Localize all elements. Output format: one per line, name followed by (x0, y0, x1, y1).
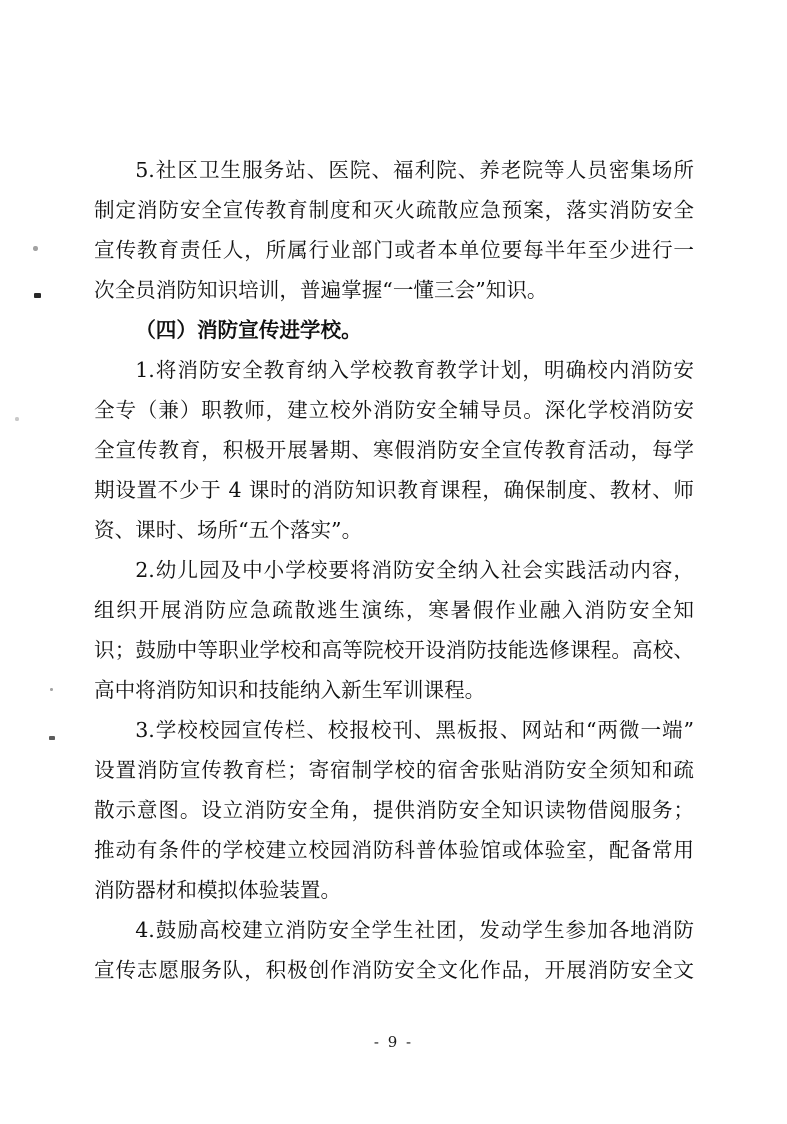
text-line: 1.将消防安全教育纳入学校教育教学计划，明确校内消防安 (94, 350, 694, 390)
body-paragraph: 4.鼓励高校建立消防安全学生社团，发动学生参加各地消防宣传志愿服务队，积极创作消… (94, 910, 694, 990)
body-paragraph: 3.学校校园宣传栏、校报校刊、黑板报、网站和“两微一端”设置消防宣传教育栏；寄宿… (94, 710, 694, 910)
text-line: 全宣传教育，积极开展暑期、寒假消防安全宣传教育活动，每学 (94, 430, 694, 470)
text-line: 组织开展消防应急疏散逃生演练，寒暑假作业融入消防安全知 (94, 590, 694, 630)
document-page: 5.社区卫生服务站、医院、福利院、养老院等人员密集场所制定消防安全宣传教育制度和… (0, 0, 787, 1124)
scan-speck (34, 293, 41, 298)
text-line: 期设置不少于 4 课时的消防知识教育课程，确保制度、教材、师 (94, 470, 694, 510)
scan-speck (50, 688, 53, 691)
body-paragraph: 1.将消防安全教育纳入学校教育教学计划，明确校内消防安全专（兼）职教师，建立校外… (94, 350, 694, 550)
scan-speck (49, 736, 55, 740)
scan-speck (15, 417, 19, 421)
body-paragraph: 2.幼儿园及中小学校要将消防安全纳入社会实践活动内容，组织开展消防应急疏散逃生演… (94, 550, 694, 710)
text-line: 识；鼓励中等职业学校和高等院校开设消防技能选修课程。高校、 (94, 630, 694, 670)
page-number: - 9 - (0, 1032, 787, 1052)
text-line: 宣传志愿服务队，积极创作消防安全文化作品，开展消防安全文 (94, 950, 694, 990)
text-line: 全专（兼）职教师，建立校外消防安全辅导员。深化学校消防安 (94, 390, 694, 430)
text-line: 高中将消防知识和技能纳入新生军训课程。 (94, 670, 694, 710)
text-line: 散示意图。设立消防安全角，提供消防安全知识读物借阅服务； (94, 790, 694, 830)
text-line: 次全员消防知识培训，普遍掌握“一懂三会”知识。 (94, 270, 694, 310)
document-body: 5.社区卫生服务站、医院、福利院、养老院等人员密集场所制定消防安全宣传教育制度和… (94, 150, 694, 990)
text-line: 消防器材和模拟体验装置。 (94, 870, 694, 910)
text-line: 3.学校校园宣传栏、校报校刊、黑板报、网站和“两微一端” (94, 710, 694, 750)
text-line: 4.鼓励高校建立消防安全学生社团，发动学生参加各地消防 (94, 910, 694, 950)
text-line: 制定消防安全宣传教育制度和灭火疏散应急预案，落实消防安全 (94, 190, 694, 230)
text-line: 宣传教育责任人，所属行业部门或者本单位要每半年至少进行一 (94, 230, 694, 270)
body-paragraph: 5.社区卫生服务站、医院、福利院、养老院等人员密集场所制定消防安全宣传教育制度和… (94, 150, 694, 310)
text-line: 推动有条件的学校建立校园消防科普体验馆或体验室，配备常用 (94, 830, 694, 870)
scan-speck (33, 246, 38, 251)
text-line: 资、课时、场所“五个落实”。 (94, 510, 694, 550)
text-line: 设置消防宣传教育栏；寄宿制学校的宿舍张贴消防安全须知和疏 (94, 750, 694, 790)
section-heading: （四）消防宣传进学校。 (94, 310, 694, 350)
text-line: （四）消防宣传进学校。 (94, 310, 694, 350)
text-line: 2.幼儿园及中小学校要将消防安全纳入社会实践活动内容， (94, 550, 694, 590)
text-line: 5.社区卫生服务站、医院、福利院、养老院等人员密集场所 (94, 150, 694, 190)
